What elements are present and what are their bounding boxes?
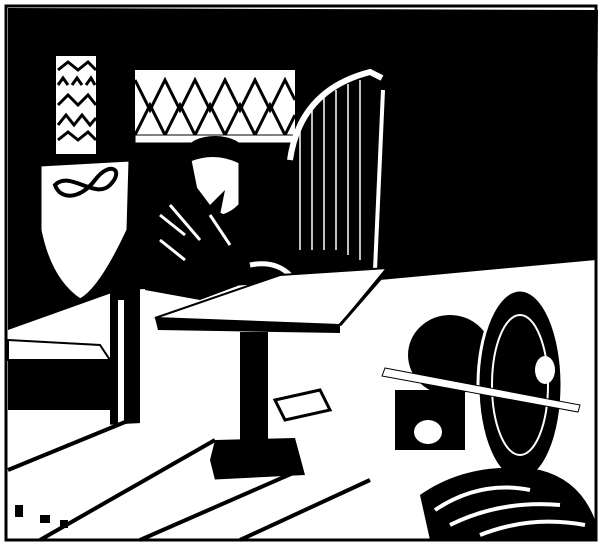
round-shield xyxy=(478,290,562,480)
bench xyxy=(8,340,113,410)
illustration xyxy=(0,0,601,545)
carved-wooden-pillar xyxy=(55,55,97,155)
